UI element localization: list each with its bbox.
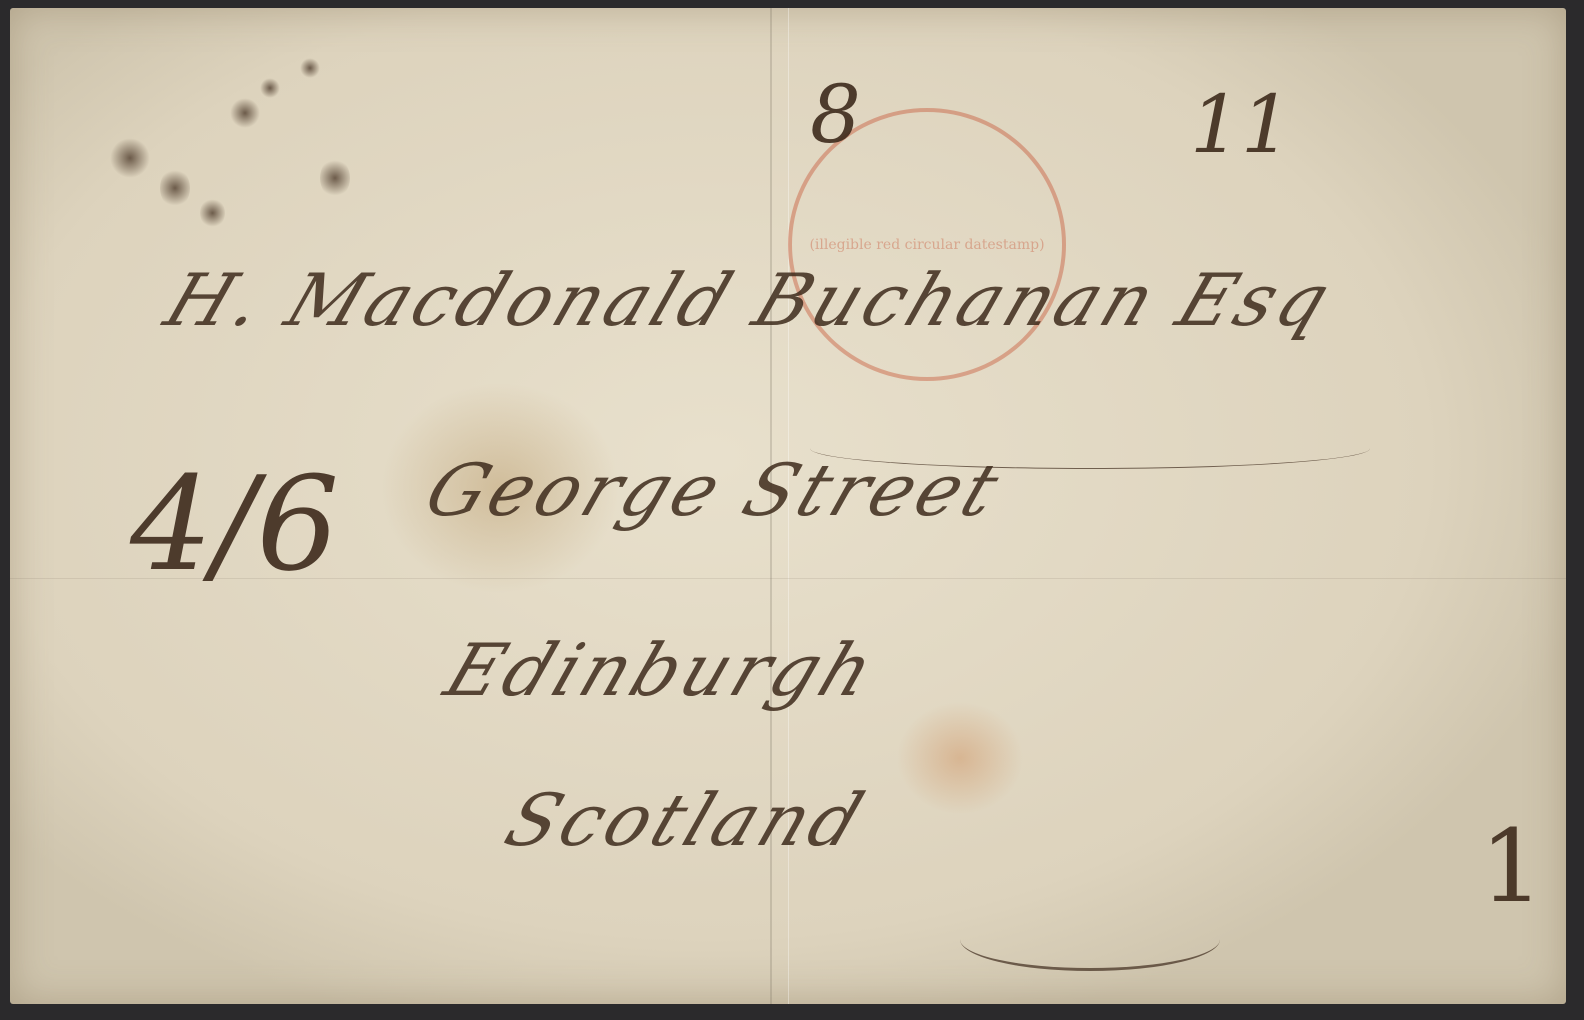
ruled-line xyxy=(810,428,1370,469)
rate-mark-11: 11 xyxy=(1190,78,1292,171)
top-left-handstamp xyxy=(100,38,360,268)
bottom-right-mark: 1 xyxy=(1480,808,1544,925)
letter-cover: (illegible red circular datestamp) 8 11 … xyxy=(10,8,1566,1004)
underline-flourish xyxy=(960,908,1220,971)
postmark-text: (illegible red circular datestamp) xyxy=(809,237,1044,253)
address-line-name: H. Macdonald Buchanan Esq xyxy=(155,258,1345,342)
rate-mark-left: 4/6 xyxy=(130,448,339,600)
address-line-country: Scotland xyxy=(495,778,878,862)
address-line-city: Edinburgh xyxy=(435,628,889,712)
rate-mark-8: 8 xyxy=(810,68,861,161)
